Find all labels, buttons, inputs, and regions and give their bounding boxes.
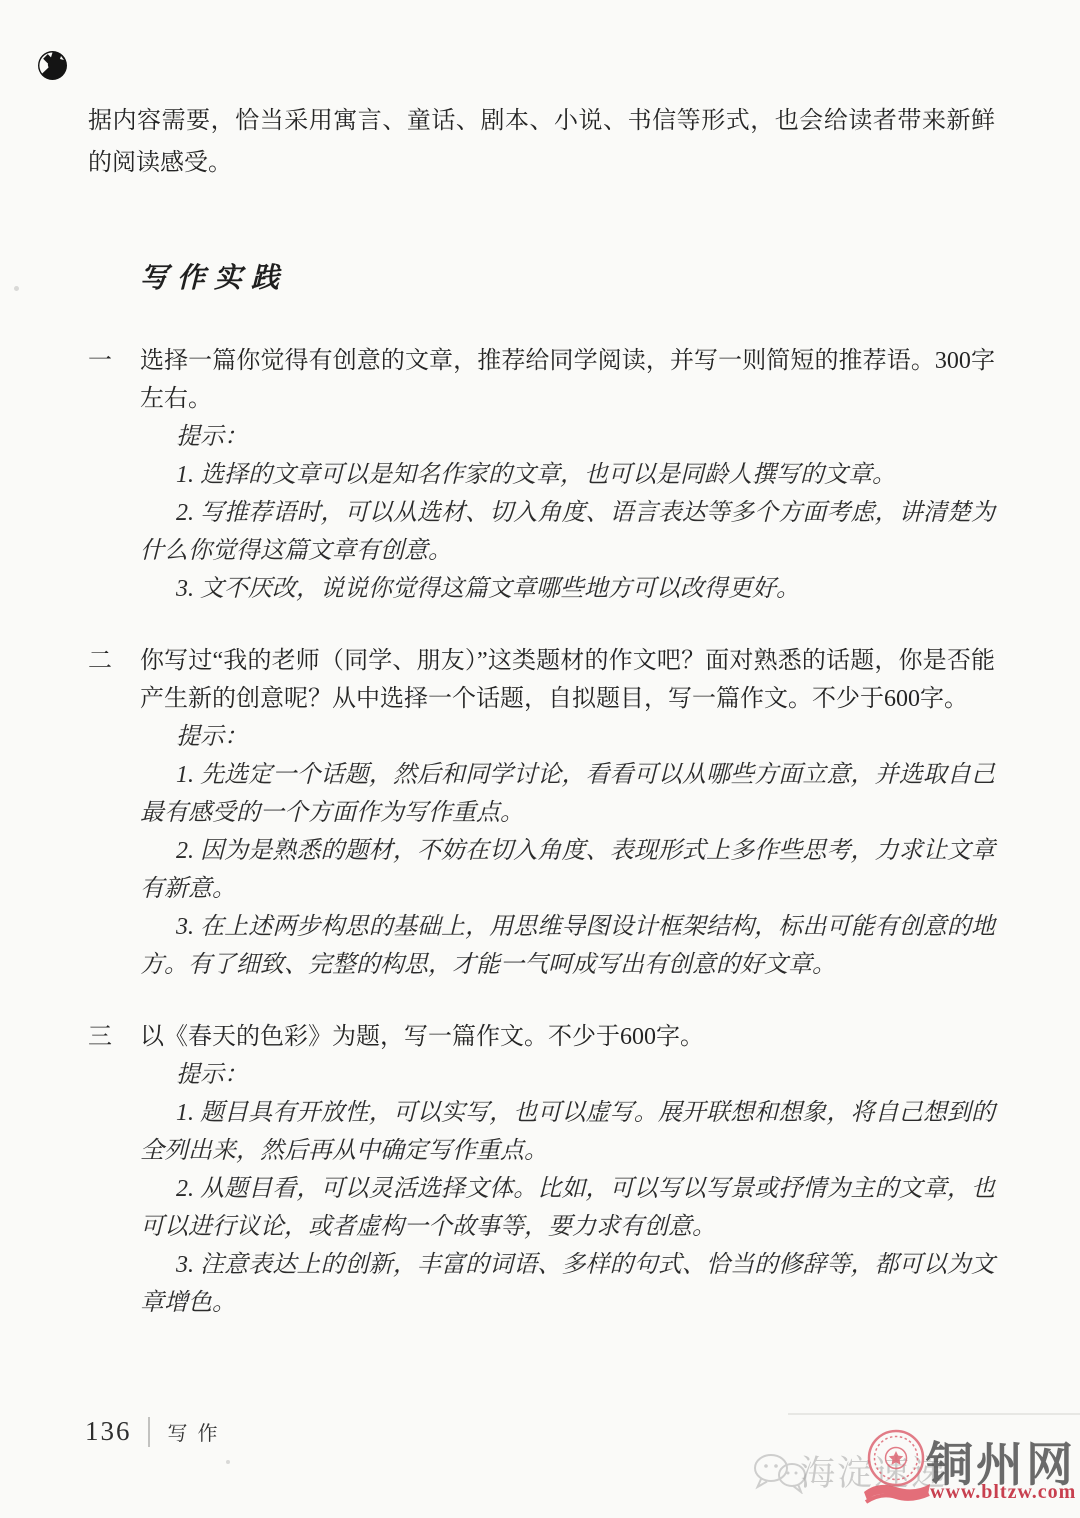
red-seal-ribbon-icon [858, 1428, 934, 1515]
hint-item: 1. 先选定一个话题，然后和同学讨论，看看可以从哪些方面立意，并选取自己最有感受… [140, 756, 995, 832]
exercise-2: 二 你写过“我的老师（同学、朋友）”这类题材的作文吧？面对熟悉的话题，你是否能产… [88, 642, 995, 984]
section-heading: 写作实践 [140, 256, 995, 296]
exercise-body: 选择一篇你觉得有创意的文章，推荐给同学阅读，并写一则简短的推荐语。300字左右。… [140, 342, 995, 608]
page-footer: 136 写作 [85, 1416, 228, 1447]
hint-label: 提示： [140, 1056, 995, 1094]
exercise-prompt: 你写过“我的老师（同学、朋友）”这类题材的作文吧？面对熟悉的话题，你是否能产生新… [140, 642, 995, 718]
footer-rule [788, 1413, 1080, 1415]
scan-speck [226, 1460, 230, 1464]
watermark: 海淀速递 铜州网 www.bltzw.com [740, 1428, 1076, 1512]
hint-item: 2. 从题目看，可以灵活选择文体。比如，可以写以写景或抒情为主的文章，也可以进行… [140, 1170, 995, 1246]
hint-item: 3. 文不厌改，说说你觉得这篇文章哪些地方可以改得更好。 [140, 570, 995, 608]
hint-item: 1. 选择的文章可以是知名作家的文章，也可以是同龄人撰写的文章。 [140, 456, 995, 494]
page-content: 据内容需要，恰当采用寓言、童话、剧本、小说、书信等形式，也会给读者带来新鲜的阅读… [88, 100, 995, 1322]
watermark-site-url: www.bltzw.com [930, 1481, 1076, 1504]
footer-section-label: 写作 [168, 1417, 228, 1446]
exercise-body: 你写过“我的老师（同学、朋友）”这类题材的作文吧？面对熟悉的话题，你是否能产生新… [140, 642, 995, 984]
exercise-3: 三 以《春天的色彩》为题，写一篇作文。不少于600字。 提示： 1. 题目具有开… [88, 1018, 995, 1322]
intro-paragraph: 据内容需要，恰当采用寓言、童话、剧本、小说、书信等形式，也会给读者带来新鲜的阅读… [88, 100, 995, 184]
exercise-body: 以《春天的色彩》为题，写一篇作文。不少于600字。 提示： 1. 题目具有开放性… [140, 1018, 995, 1322]
exercise-number: 二 [88, 642, 140, 984]
hint-label: 提示： [140, 418, 995, 456]
page-number: 136 [85, 1416, 132, 1447]
hint-item: 3. 注意表达上的创新，丰富的词语、多样的句式、恰当的修辞等，都可以为文章增色。 [140, 1246, 995, 1322]
scan-speck [14, 286, 19, 291]
footer-divider [148, 1417, 150, 1447]
exercise-1: 一 选择一篇你觉得有创意的文章，推荐给同学阅读，并写一则简短的推荐语。300字左… [88, 342, 995, 608]
hint-label: 提示： [140, 718, 995, 756]
publisher-emblem-icon [37, 49, 68, 82]
hint-item: 2. 因为是熟悉的题材，不妨在切入角度、表现形式上多作些思考，力求让文章有新意。 [140, 832, 995, 908]
exercise-prompt: 以《春天的色彩》为题，写一篇作文。不少于600字。 [140, 1018, 995, 1056]
exercise-number: 三 [88, 1018, 140, 1322]
textbook-page: 据内容需要，恰当采用寓言、童话、剧本、小说、书信等形式，也会给读者带来新鲜的阅读… [0, 0, 1080, 1518]
hint-item: 3. 在上述两步构思的基础上，用思维导图设计框架结构，标出可能有创意的地方。有了… [140, 908, 995, 984]
exercise-prompt: 选择一篇你觉得有创意的文章，推荐给同学阅读，并写一则简短的推荐语。300字左右。 [140, 342, 995, 418]
hint-item: 2. 写推荐语时，可以从选材、切入角度、语言表达等多个方面考虑，讲清楚为什么你觉… [140, 494, 995, 570]
hint-item: 1. 题目具有开放性，可以实写，也可以虚写。展开联想和想象，将自己想到的全列出来… [140, 1094, 995, 1170]
exercise-number: 一 [88, 342, 140, 608]
